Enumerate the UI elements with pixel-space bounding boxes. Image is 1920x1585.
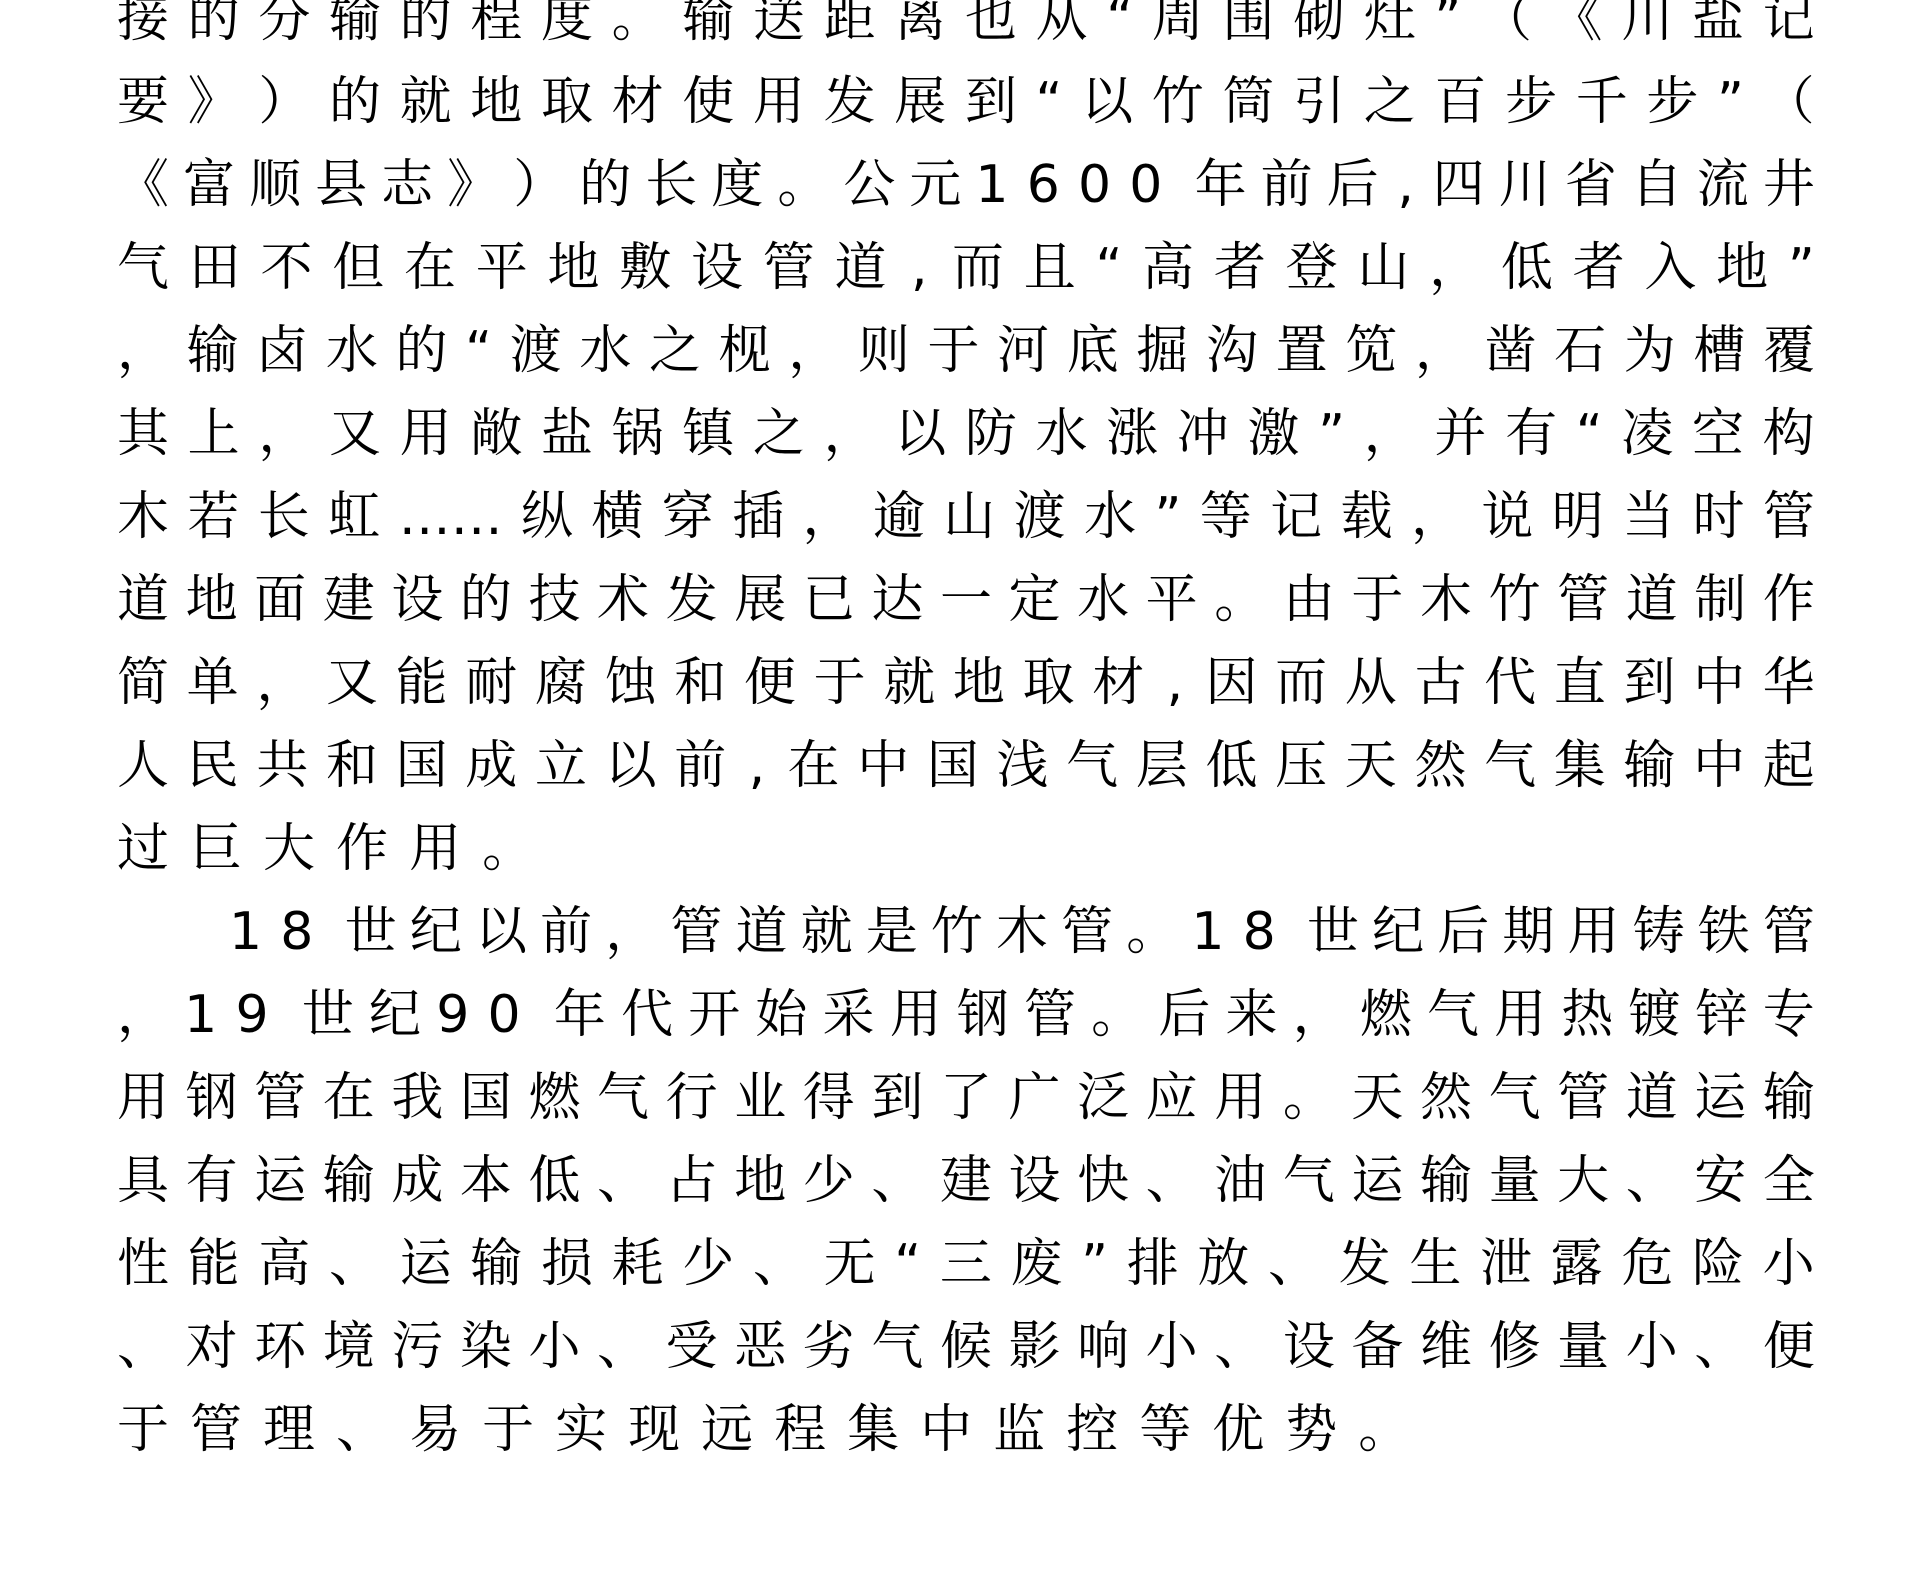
glyph: 为 [1624,310,1676,393]
glyph: 危 [1621,1223,1673,1306]
glyph: 18 [1191,891,1294,974]
glyph: ） [513,144,565,227]
glyph: 展 [894,61,946,144]
glyph: 油 [1214,1140,1266,1223]
glyph: 笕 [1345,310,1397,393]
glyph: 集 [1554,725,1606,808]
glyph: 材 [612,61,664,144]
glyph: 纪 [369,974,421,1057]
glyph: 防 [965,393,1017,476]
glyph: 步 [1646,61,1698,144]
glyph: 气 [1484,725,1536,808]
glyph: 使 [682,61,734,144]
glyph: 小 [1146,1306,1198,1389]
glyph: 便 [744,642,796,725]
glyph: 占 [666,1140,718,1223]
glyph: 不 [261,227,313,310]
glyph: 设 [391,559,443,642]
glyph: 长 [645,144,697,227]
glyph: 露 [1551,1223,1603,1306]
glyph: 少 [803,1140,855,1223]
glyph: 管 [1763,476,1815,559]
glyph: 层 [1136,725,1188,808]
glyph: 中 [1693,725,1745,808]
text-line: ，输卤水的“渡水之枧，则于河底掘沟置笕，凿石为槽覆 [117,310,1815,393]
glyph: 了 [940,1057,992,1140]
glyph: 并 [1434,393,1486,476]
glyph: 、 [1214,1306,1266,1389]
glyph: 道 [1626,1057,1678,1140]
text-line: 要》）的就地取材使用发展到“以竹筒引之百步千步”（ [117,61,1815,144]
glyph: 管 [1024,974,1076,1057]
glyph: 运 [1694,1057,1746,1140]
glyph: 百 [1434,61,1486,144]
glyph: 木 [1420,559,1472,642]
glyph: 气 [871,1306,923,1389]
glyph: 逾 [873,476,925,559]
glyph: 》 [447,144,499,227]
glyph: 于 [482,1389,534,1472]
glyph: 明 [1552,476,1604,559]
glyph: 到 [1623,642,1675,725]
glyph: 输 [682,0,734,61]
glyph: 于 [117,1389,169,1472]
glyph: 生 [1409,1223,1461,1306]
glyph: 少 [682,1223,734,1306]
glyph: 竹 [1489,559,1541,642]
glyph: 气 [117,227,169,310]
glyph: 《 [117,144,169,227]
text-line: 用钢管在我国燃气行业得到了广泛应用。天然气管道运输 [117,1057,1815,1140]
glyph: 地 [186,559,238,642]
paragraph-2: 18世纪以前，管道就是竹木管。18世纪后期用铸铁管 ，19世纪90年代开始采用钢… [117,891,1815,1472]
glyph: 广 [1009,1057,1061,1140]
glyph: , [744,725,770,808]
glyph: 具 [117,1140,169,1223]
glyph: “ [465,310,492,393]
glyph: 平 [476,227,528,310]
glyph: 运 [254,1140,306,1223]
glyph: 恶 [734,1306,786,1389]
glyph: 田 [189,227,241,310]
glyph: 发 [666,559,718,642]
glyph: 接 [117,0,169,61]
glyph: 本 [460,1140,512,1223]
glyph: 单 [187,642,239,725]
glyph: 泛 [1077,1057,1129,1140]
glyph: 水 [1084,476,1136,559]
glyph: 燃 [1360,974,1412,1057]
glyph: ” [1434,0,1461,61]
glyph: 响 [1077,1306,1129,1389]
glyph: 候 [940,1306,992,1389]
glyph: 中 [857,725,909,808]
glyph: 华 [1763,642,1815,725]
glyph: 入 [1644,227,1696,310]
glyph: 修 [1489,1306,1541,1389]
glyph: , [1162,642,1188,725]
glyph: 展 [734,559,786,642]
glyph: 县 [315,144,367,227]
text-line: 性能高、运输损耗少、无“三废”排放、发生泄露危险小 [117,1223,1815,1306]
glyph: 有 [1505,393,1557,476]
glyph: 气 [1427,974,1479,1057]
glyph: 低 [1205,725,1257,808]
glyph: 直 [1554,642,1606,725]
glyph: 省 [1565,144,1617,227]
glyph: 上 [188,393,240,476]
glyph: 于 [814,642,866,725]
glyph: 简 [117,642,169,725]
glyph: 砌 [1293,0,1345,61]
glyph: 备 [1351,1306,1403,1389]
glyph: 小 [528,1306,580,1389]
glyph: 取 [541,61,593,144]
glyph: 枧 [719,310,771,393]
glyph: 然 [1414,725,1466,808]
glyph: 势 [1285,1389,1337,1472]
glyph: 专 [1763,974,1815,1057]
glyph: 地 [470,61,522,144]
glyph: 监 [993,1389,1045,1472]
glyph: 虹 [328,476,380,559]
glyph: 19 [184,974,287,1057]
glyph: 度 [541,0,593,61]
glyph: 地 [734,1140,786,1223]
glyph: 又 [329,393,381,476]
glyph: ” [1788,227,1815,310]
text-line-last: 过巨大作用。 [117,808,1815,891]
glyph: 登 [1286,227,1338,310]
glyph: 以 [475,891,527,974]
glyph: 劣 [803,1306,855,1389]
glyph: 蚀 [605,642,657,725]
glyph: 。 [1091,974,1143,1057]
glyph: 程 [774,1389,826,1472]
glyph: 等 [1139,1389,1191,1472]
glyph: 就 [883,642,935,725]
glyph: 热 [1561,974,1613,1057]
glyph: 能 [396,642,448,725]
glyph: 大 [1557,1140,1609,1223]
glyph: 川 [1621,0,1673,61]
glyph: 的 [396,310,448,393]
glyph: 世 [1307,891,1359,974]
glyph: 成 [391,1140,443,1223]
glyph: （ [1480,0,1532,61]
glyph: 地 [953,642,1005,725]
glyph: 又 [326,642,378,725]
glyph: , [1393,144,1419,227]
glyph: 用 [1494,974,1546,1057]
text-line: 接的分输的程度。输送距离也从“周围砌灶”（《川盐记 [117,0,1815,61]
glyph: 而 [952,227,1004,310]
glyph: 大 [263,808,315,891]
glyph: 快 [1077,1140,1129,1223]
glyph: 耗 [612,1223,664,1306]
glyph: 能 [188,1223,240,1306]
glyph: 于 [927,310,979,393]
glyph: 凿 [1484,310,1536,393]
glyph: 便 [1763,1306,1815,1389]
glyph: 、 [871,1140,923,1223]
glyph: 浅 [997,725,1049,808]
glyph: 1600 [975,144,1180,227]
glyph: 、 [336,1389,388,1472]
glyph: “ [894,1223,921,1306]
glyph: 放 [1197,1223,1249,1306]
glyph: 应 [1146,1057,1198,1140]
glyph: 冲 [1177,393,1229,476]
glyph: 燃 [528,1057,580,1140]
glyph: 小 [1763,1223,1815,1306]
glyph: 后 [1327,144,1379,227]
glyph: 则 [858,310,910,393]
glyph: 激 [1248,393,1300,476]
glyph: 中 [1693,642,1745,725]
glyph: 国 [927,725,979,808]
glyph: 公 [843,144,895,227]
glyph: 高 [1142,227,1194,310]
glyph: 来 [1225,974,1277,1057]
glyph: 山 [943,476,995,559]
glyph: 制 [1694,559,1746,642]
glyph: 千 [1576,61,1628,144]
glyph: 流 [1697,144,1749,227]
glyph: 全 [1763,1140,1815,1223]
glyph: 在 [404,227,456,310]
glyph: 输 [1420,1140,1472,1223]
glyph: 穿 [662,476,714,559]
glyph: 但 [332,227,384,310]
glyph: 、 [1268,1223,1320,1306]
glyph: 前 [1261,144,1313,227]
glyph: 在 [788,725,840,808]
glyph: 行 [666,1057,718,1140]
glyph: 世 [345,891,397,974]
glyph: 输 [1763,1057,1815,1140]
glyph: 山 [1357,227,1409,310]
glyph: 道 [835,227,887,310]
glyph: 沟 [1206,310,1258,393]
glyph: 横 [591,476,643,559]
glyph: 竹 [1152,61,1204,144]
glyph: ， [117,310,169,393]
glyph: 、 [1146,1140,1198,1223]
glyph: 取 [1023,642,1075,725]
glyph: ， [788,310,840,393]
glyph: 有 [186,1140,238,1223]
glyph: 境 [323,1306,375,1389]
glyph: 高 [258,1223,310,1306]
glyph: 由 [1283,559,1335,642]
glyph: 代 [1484,642,1536,725]
glyph: 敷 [619,227,671,310]
glyph: 巨 [190,808,242,891]
glyph: 元 [909,144,961,227]
glyph: 插 [732,476,784,559]
glyph: 镇 [682,393,734,476]
glyph: 到 [871,1057,923,1140]
glyph: 管 [1061,891,1113,974]
text-line: 《富顺县志》）的长度。公元1600年前后,四川省自流井 [117,144,1815,227]
glyph: 覆 [1763,310,1815,393]
glyph: 输 [470,1223,522,1306]
glyph: 用 [400,393,452,476]
glyph: 受 [666,1306,718,1389]
glyph: 输 [187,310,239,393]
glyph: 管 [1557,559,1609,642]
glyph: 锅 [612,393,664,476]
glyph: 渡 [1014,476,1066,559]
glyph: 用 [1568,891,1620,974]
glyph: 志 [381,144,433,227]
glyph: 期 [1502,891,1554,974]
glyph: 灶 [1364,0,1416,61]
glyph: ” [1717,61,1744,144]
glyph: 发 [824,61,876,144]
glyph: 镀 [1628,974,1680,1057]
glyph: 年 [1195,144,1247,227]
glyph: 步 [1505,61,1557,144]
glyph: 前 [674,725,726,808]
glyph: 分 [258,0,310,61]
glyph: 用 [1214,1057,1266,1140]
glyph: 就 [400,61,452,144]
glyph: 掘 [1136,310,1188,393]
glyph: 之 [649,310,701,393]
glyph: 底 [1067,310,1119,393]
text-line: ，19世纪90年代开始采用钢管。后来，燃气用热镀锌专 [117,974,1815,1057]
glyph: 要 [117,61,169,144]
glyph: 前 [540,891,592,974]
glyph: 渡 [510,310,562,393]
glyph: 用 [890,974,942,1057]
glyph: 之 [1364,61,1416,144]
glyph: 的 [400,0,452,61]
glyph: 和 [326,725,378,808]
glyph: 从 [1036,0,1088,61]
glyph: “ [1106,0,1133,61]
glyph: 控 [1066,1389,1118,1472]
glyph: 构 [1763,393,1815,476]
glyph: 国 [460,1057,512,1140]
text-line: 人民共和国成立以前,在中国浅气层低压天然气集输中起 [117,725,1815,808]
glyph: 开 [688,974,740,1057]
glyph: 起 [1763,725,1815,808]
glyph: ” [1154,476,1181,559]
glyph: （ [1763,61,1815,144]
glyph: 过 [117,808,169,891]
glyph: 从 [1345,642,1397,725]
glyph: 运 [400,1223,452,1306]
text-line: 木若长虹……纵横穿插，逾山渡水”等记载，说明当时管 [117,476,1815,559]
glyph: 环 [254,1306,306,1389]
glyph: 程 [470,0,522,61]
glyph: 三 [940,1223,992,1306]
glyph: ） [258,61,310,144]
glyph: 是 [866,891,918,974]
glyph: 18 [229,891,332,974]
glyph: 水 [579,310,631,393]
glyph: 然 [1420,1057,1472,1140]
glyph: 气 [597,1057,649,1140]
glyph: 周 [1152,0,1204,61]
glyph: 用 [753,61,805,144]
glyph: 引 [1293,61,1345,144]
glyph: 纪 [1372,891,1424,974]
text-line-first-indented: 18世纪以前，管道就是竹木管。18世纪后期用铸铁管 [117,891,1815,974]
glyph: 作 [336,808,388,891]
glyph: ， [1364,393,1416,476]
glyph: 低 [1501,227,1553,310]
glyph: 天 [1345,725,1397,808]
glyph: 》 [188,61,240,144]
glyph: 顺 [249,144,301,227]
glyph: 优 [1212,1389,1264,1472]
glyph: 记 [1270,476,1322,559]
glyph: 说 [1481,476,1533,559]
glyph: 涨 [1106,393,1158,476]
glyph: 后 [1158,974,1210,1057]
glyph: 。 [777,144,829,227]
glyph: 始 [755,974,807,1057]
glyph: 木 [117,476,169,559]
glyph: 、 [753,1223,805,1306]
glyph: 度 [711,144,763,227]
glyph: 输 [329,0,381,61]
glyph: 定 [1009,559,1061,642]
glyph: 置 [1276,310,1328,393]
glyph: 废 [1010,1223,1062,1306]
glyph: 于 [1351,559,1403,642]
glyph: 国 [396,725,448,808]
glyph: 、 [117,1306,169,1389]
glyph: 管 [190,1389,242,1472]
glyph: 就 [801,891,853,974]
glyph: 地 [1716,227,1768,310]
glyph: 以 [605,725,657,808]
glyph: 影 [1009,1306,1061,1389]
glyph: , [906,227,932,310]
glyph: ， [258,393,310,476]
glyph: 集 [847,1389,899,1472]
glyph: 、 [1694,1306,1746,1389]
glyph: “ [1036,61,1063,144]
glyph: 其 [117,393,169,476]
glyph: 设 [1009,1140,1061,1223]
glyph: 人 [117,725,169,808]
glyph: 。 [1283,1057,1335,1140]
glyph: 气 [1066,725,1118,808]
text-line-last: 于管理、易于实现远程集中监控等优势。 [117,1389,1815,1472]
glyph: 、 [1626,1140,1678,1223]
glyph: 小 [1626,1306,1678,1389]
glyph: 离 [894,0,946,61]
glyph: 险 [1692,1223,1744,1306]
glyph: 道 [1626,559,1678,642]
glyph: 的 [460,559,512,642]
glyph: 记 [1763,0,1815,61]
glyph: 者 [1573,227,1625,310]
glyph: 代 [621,974,673,1057]
glyph: 采 [823,974,875,1057]
glyph: 《 [1551,0,1603,61]
glyph: 在 [323,1057,375,1140]
glyph: 铸 [1633,891,1685,974]
glyph: 后 [1437,891,1489,974]
glyph: 世 [302,974,354,1057]
